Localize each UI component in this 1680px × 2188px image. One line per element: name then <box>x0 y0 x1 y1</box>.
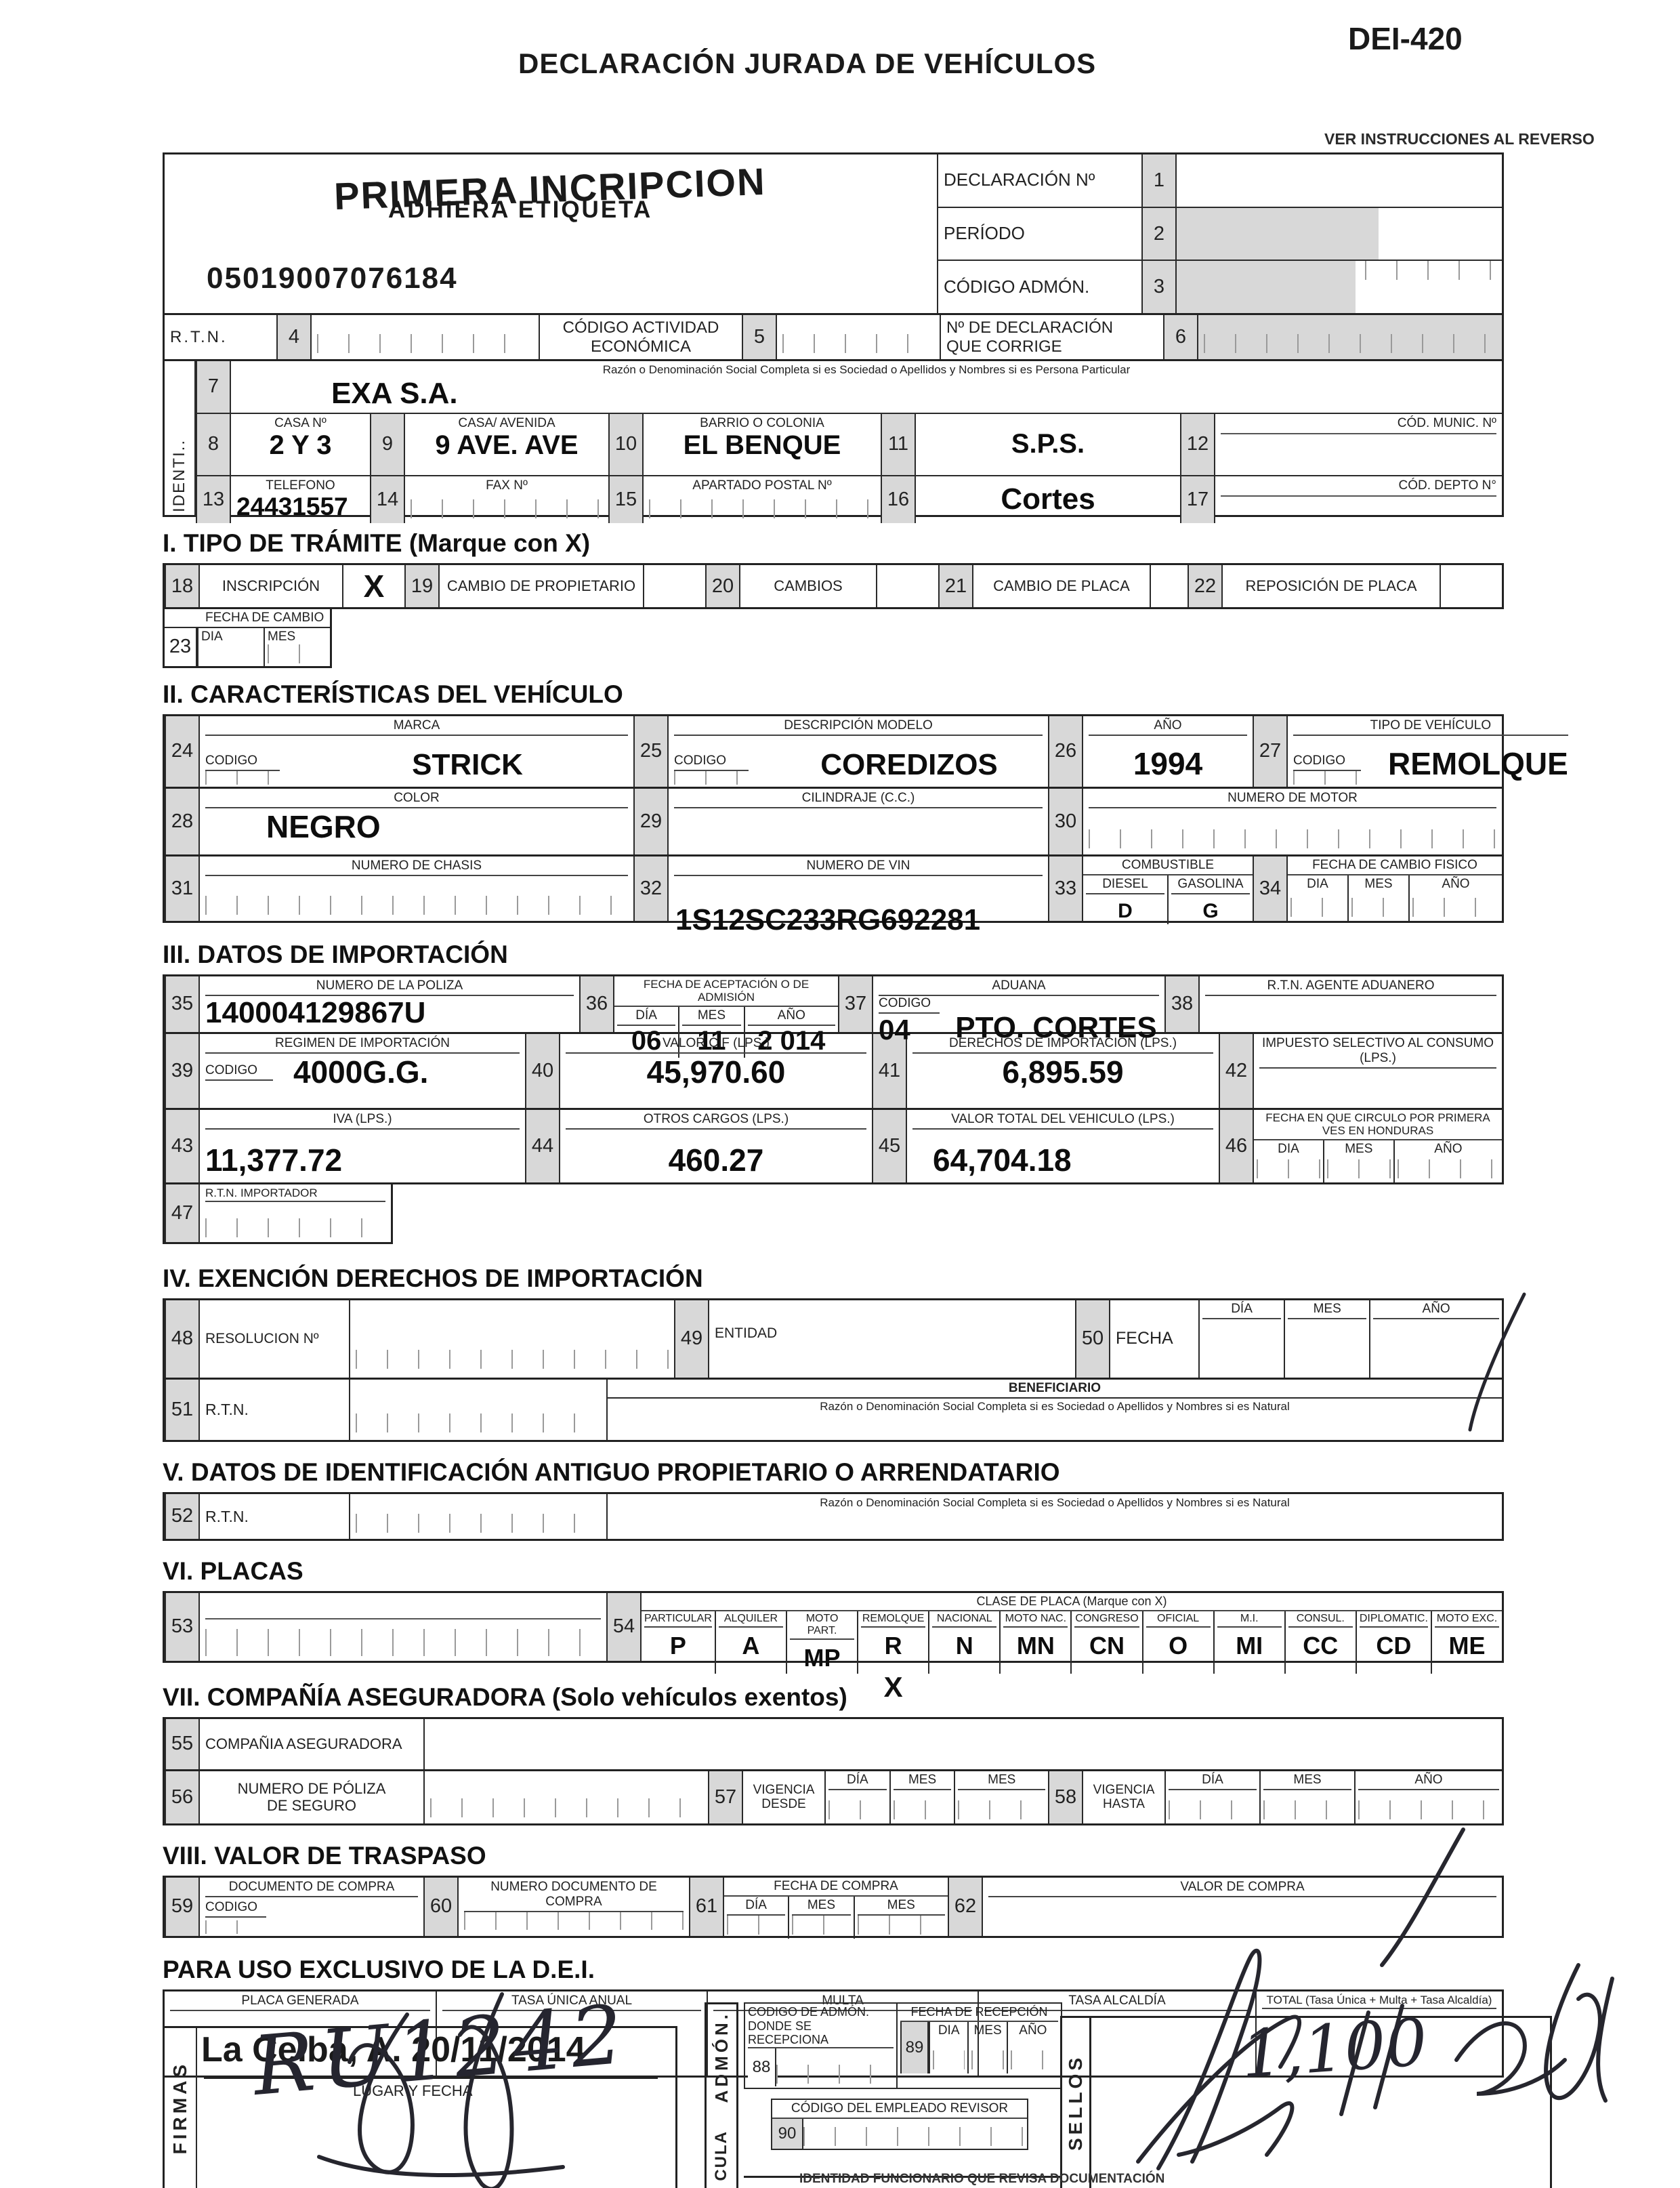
vh-dia-label: DÍA <box>1169 1773 1257 1790</box>
actividad-label-2: ECONÓMICA <box>545 337 736 356</box>
placa-class-diplomatic[interactable]: DIPLOMATIC.CD <box>1356 1611 1431 1674</box>
poliza-field[interactable]: NUMERO DE LA POLIZA 140004129867U <box>200 976 579 1032</box>
placa-class-particular[interactable]: PARTICULARP <box>642 1611 715 1674</box>
declaracion-no-field[interactable] <box>1177 154 1502 207</box>
placa-class-moto-exc[interactable]: MOTO EXC.ME <box>1431 1611 1502 1674</box>
ident-block: IDENTI.. 7 Razón o Denominación Social C… <box>163 361 1504 517</box>
marca-label: MARCA <box>205 718 628 736</box>
field-num-43: 43 <box>165 1110 200 1182</box>
vigencia-desde-label-1: VIGENCIA <box>749 1783 819 1798</box>
field-num-52: 52 <box>165 1494 200 1539</box>
entidad-field[interactable]: ENTIDAD <box>709 1300 1075 1378</box>
beneficiario-sub-label: Razón o Denominación Social Completa si … <box>608 1399 1502 1415</box>
agente-aduanero-label: R.T.N. AGENTE ADUANERO <box>1205 978 1496 996</box>
declaracion-table: DECLARACIÓN Nº 1 PERÍODO 2 CÓDIGO ADMÓN.… <box>937 154 1502 313</box>
rec-anio-label: AÑO <box>1011 2023 1055 2038</box>
field-num-4: 4 <box>276 315 312 359</box>
field-num-3: 3 <box>1141 261 1177 313</box>
section-title-antiguo: V. DATOS DE IDENTIFICACIÓN ANTIGUO PROPI… <box>163 1458 1504 1487</box>
field-num-1: 1 <box>1141 154 1177 207</box>
tipo-vehiculo-value: REMOLQUE <box>1388 745 1568 782</box>
documento-compra-field[interactable]: DOCUMENTO DE COMPRA CODIGO <box>200 1878 423 1936</box>
codigo-admon-field[interactable] <box>1177 261 1502 313</box>
tramite-cambios-box[interactable] <box>876 565 938 607</box>
tramite-reposicion-box[interactable] <box>1440 565 1502 607</box>
placa-class-mi[interactable]: M.I.MI <box>1213 1611 1284 1674</box>
acep-anio-label: AÑO <box>748 1008 835 1026</box>
field-num-51: 51 <box>165 1380 200 1440</box>
field-num-39: 39 <box>165 1034 200 1108</box>
chasis-label: NUMERO DE CHASIS <box>205 859 628 876</box>
gasolina-label: GASOLINA <box>1171 877 1250 894</box>
rtn-importador-block: 47 R.T.N. IMPORTADOR <box>163 1184 393 1244</box>
color-value: NEGRO <box>266 808 628 845</box>
placas-row: 53 54 CLASE DE PLACA (Marque con X) PART… <box>163 1591 1504 1663</box>
diesel-label: DIESEL <box>1086 877 1164 894</box>
avenida-field[interactable]: CASA/ AVENIDA 9 AVE. AVE <box>405 414 608 475</box>
vd-mes2-label: MES <box>958 1773 1045 1790</box>
importacion-row-2: 39 REGIMEN DE IMPORTACIÓN CODIGO 4000G.G… <box>163 1034 1504 1110</box>
beneficiario-rtn-field[interactable] <box>349 1380 606 1440</box>
casa-label: CASA Nº <box>236 416 364 431</box>
vehiculo-row-3: 31 NUMERO DE CHASIS 32 NUMERO DE VIN 1S1… <box>163 856 1504 923</box>
total-handwriting: 1,100 <box>1239 2004 1430 2092</box>
field-num-34: 34 <box>1253 856 1288 921</box>
razon-social-value: EXA S.A. <box>331 377 1496 411</box>
cod-munic-field[interactable]: CÓD. MUNIC. Nº <box>1215 414 1502 475</box>
aseguradora-row-2: 56 NUMERO DE PÓLIZA DE SEGURO 57 VIGENCI… <box>163 1771 1504 1825</box>
beneficiario-field[interactable]: BENEFICIARIO Razón o Denominación Social… <box>606 1380 1502 1440</box>
placa-class-consul[interactable]: CONSUL.CC <box>1284 1611 1356 1674</box>
otros-cargos-field[interactable]: OTROS CARGOS (LPS.) 460.27 <box>560 1110 872 1182</box>
fecha-cambio-block: FECHA DE CAMBIO 23 DIA MES <box>163 609 332 668</box>
section-title-aseguradora: VII. COMPAÑÍA ASEGURADORA (Solo vehículo… <box>163 1683 1504 1712</box>
marca-value: STRICK <box>412 748 523 782</box>
beneficiario-rtn-label: R.T.N. <box>205 1401 343 1418</box>
vigencia-desde-field[interactable]: DÍA MES MES <box>824 1771 1048 1823</box>
remolque-x-mark: X <box>884 1671 903 1704</box>
codigo-admon-label: CÓDIGO ADMÓN. <box>944 277 1136 297</box>
compania-aseguradora-label: COMPAÑIA ASEGURADORA <box>205 1735 418 1752</box>
fecha-recepcion-label: FECHA DE RECEPCIÓN <box>900 2005 1058 2022</box>
vd-mes-label: MES <box>894 1773 952 1790</box>
agente-aduanero-field[interactable]: R.T.N. AGENTE ADUANERO <box>1200 976 1502 1032</box>
pen-stroke-check <box>1456 1287 1538 1437</box>
ciudad-field[interactable]: S.P.S. <box>916 414 1180 475</box>
field-num-47: 47 <box>165 1184 200 1242</box>
tramite-cambio-placa-label: CAMBIO DE PLACA <box>979 577 1144 594</box>
resolucion-label: RESOLUCION Nº <box>205 1331 343 1347</box>
fecha-cambio-fisico-field[interactable]: FECHA DE CAMBIO FISICO DIA MES AÑO <box>1288 856 1502 921</box>
antiguo-rtn-label: R.T.N. <box>205 1508 343 1525</box>
casa-value: 2 Y 3 <box>236 430 364 461</box>
barrio-field[interactable]: BARRIO O COLONIA EL BENQUE <box>644 414 881 475</box>
vigencia-desde-label-2: DESDE <box>749 1797 819 1812</box>
tramite-cambio-placa-box[interactable] <box>1150 565 1188 607</box>
fc-mes-label: MES <box>792 1898 850 1916</box>
vin-label: NUMERO DE VIN <box>674 859 1043 876</box>
ident-side-label: IDENTI.. <box>170 439 189 512</box>
field-num-56: 56 <box>165 1771 200 1823</box>
depto-value: Cortes <box>921 482 1175 516</box>
otros-cargos-value: 460.27 <box>566 1142 866 1178</box>
section-title-vehiculo: II. CARACTERÍSTICAS DEL VEHÍCULO <box>163 680 1504 709</box>
anio-label: AÑO <box>1089 718 1247 736</box>
poliza-seguro-label-2: DE SEGURO <box>205 1797 418 1814</box>
label-stamp-zone: PRIMERA INCRIPCION ADHIERA ETIQUETA 0501… <box>165 154 937 313</box>
field-num-11: 11 <box>881 414 916 475</box>
telefono-field[interactable]: TELEFONO 24431557 <box>231 476 370 524</box>
marca-codigo-label: CODIGO <box>205 754 280 771</box>
vh-anio-label: AÑO <box>1358 1773 1499 1790</box>
regimen-field[interactable]: REGIMEN DE IMPORTACIÓN CODIGO 4000G.G. <box>200 1034 525 1108</box>
combustible-field[interactable]: COMBUSTIBLE DIESEL D GASOLINA G <box>1083 856 1253 921</box>
corrige-label-2: QUE CORRIGE <box>946 337 1158 356</box>
periodo-field[interactable] <box>1177 208 1502 260</box>
ciudad-value: S.P.S. <box>921 429 1175 459</box>
tipo-vehiculo-label: TIPO DE VEHÍCULO <box>1293 718 1568 736</box>
actividad-label-1: CÓDIGO ACTIVIDAD <box>545 318 736 337</box>
poliza-seguro-field[interactable] <box>423 1771 708 1823</box>
placa-class-moto-nac[interactable]: MOTO NAC.MN <box>999 1611 1070 1674</box>
field-num-15: 15 <box>608 476 644 524</box>
apartado-field[interactable]: APARTADO POSTAL Nº <box>644 476 881 524</box>
tramite-cambio-prop-label: CAMBIO DE PROPIETARIO <box>445 577 637 594</box>
tipo-vehiculo-field[interactable]: TIPO DE VEHÍCULO CODIGO REMOLQUE <box>1288 716 1574 787</box>
vehiculo-row-1: 24 MARCA CODIGO STRICK 25 DESCRIPCIÓN MO… <box>163 714 1504 789</box>
field-num-60: 60 <box>423 1878 459 1936</box>
recepciona-label-2: DONDE SE RECEPCIONA <box>748 2019 894 2048</box>
color-label: COLOR <box>205 791 628 808</box>
importacion-row-3: 43 IVA (LPS.) 11,377.72 44 OTROS CARGOS … <box>163 1110 1504 1184</box>
cod-munic-label: CÓD. MUNIC. Nº <box>1221 416 1496 435</box>
valor-cif-value: 45,970.60 <box>566 1054 866 1090</box>
anio-value: 1994 <box>1089 745 1247 782</box>
declaracion-no-label: DECLARACIÓN Nº <box>944 170 1136 190</box>
vehiculo-row-2: 28 COLOR NEGRO 29 CILINDRAJE (C.C.) 30 N… <box>163 789 1504 856</box>
rtn-row: R.T.N. 4 CÓDIGO ACTIVIDAD ECONÓMICA 5 Nº… <box>163 315 1504 361</box>
field-num-8: 8 <box>196 414 231 475</box>
valor-total-value: 64,704.18 <box>933 1142 1213 1178</box>
vigencia-hasta-label-2: HASTA <box>1089 1797 1159 1812</box>
aseguradora-row-1: 55 COMPAÑIA ASEGURADORA <box>163 1717 1504 1771</box>
circ-dia-label: DIA <box>1257 1142 1320 1157</box>
recepciona-field[interactable] <box>776 2048 894 2086</box>
field-num-35: 35 <box>165 976 200 1032</box>
vin-field[interactable]: NUMERO DE VIN 1S12SC233RG692281 <box>669 856 1048 921</box>
circ-mes-label: MES <box>1327 1142 1391 1157</box>
placa-class-oficial[interactable]: OFICIALO <box>1142 1611 1213 1674</box>
tramite-cambios-label: CAMBIOS <box>746 577 870 594</box>
periodo-label: PERÍODO <box>944 224 1136 244</box>
inscripcion-x-mark: X <box>364 568 385 604</box>
valor-total-field[interactable]: VALOR TOTAL DEL VEHICULO (LPS.) 64,704.1… <box>907 1110 1219 1182</box>
adhiera-etiqueta-label: ADHIERA ETIQUETA <box>388 197 652 224</box>
antiguo-razon-field[interactable]: Razón o Denominación Social Completa si … <box>606 1494 1502 1539</box>
valor-cif-field[interactable]: VALOR CIF (LPS.) 45,970.60 <box>560 1034 872 1108</box>
empleado-revisor-label: CÓDIGO DEL EMPLEADO REVISOR <box>772 2100 1027 2119</box>
isc-label: IMPUESTO SELECTIVO AL CONSUMO (LPS.) <box>1259 1036 1496 1069</box>
field-num-23: 23 <box>165 628 197 666</box>
field-num-61: 61 <box>689 1878 724 1936</box>
numero-motor-field[interactable]: NUMERO DE MOTOR <box>1083 789 1502 854</box>
field-num-38: 38 <box>1164 976 1200 1032</box>
field-num-21: 21 <box>938 565 973 607</box>
modelo-field[interactable]: DESCRIPCIÓN MODELO CODIGO COREDIZOS <box>669 716 1048 787</box>
numero-documento-field[interactable]: NUMERO DOCUMENTO DE COMPRA <box>459 1878 689 1936</box>
field-num-48: 48 <box>165 1300 200 1378</box>
aduana-field[interactable]: ADUANA CODIGO 04 PTO. CORTES <box>873 976 1164 1032</box>
depto-field[interactable]: Cortes <box>916 476 1180 524</box>
fecha-cambio-mes-field[interactable]: MES <box>264 628 330 666</box>
form-body: PRIMERA INCRIPCION ADHIERA ETIQUETA 0501… <box>163 152 1504 2078</box>
admon-fields: CODIGO DE ADMÓN. DONDE SE RECEPCIONA 88 … <box>744 2002 1062 2178</box>
telefono-value: 24431557 <box>236 493 364 521</box>
combustible-label: COMBUSTIBLE <box>1083 856 1253 875</box>
regimen-codigo-label: CODIGO <box>205 1063 273 1081</box>
marca-field[interactable]: MARCA CODIGO STRICK <box>200 716 633 787</box>
placa-numero-field[interactable] <box>200 1593 606 1661</box>
field-num-19: 19 <box>404 565 440 607</box>
gasolina-code: G <box>1171 900 1250 923</box>
field-num-24: 24 <box>165 716 200 787</box>
exencion-row-1: 48 RESOLUCION Nº 49 ENTIDAD 50 FECHA DÍA… <box>163 1298 1504 1380</box>
documento-codigo-label: CODIGO <box>205 1900 266 1918</box>
entidad-label: ENTIDAD <box>715 1325 1070 1342</box>
anio-field[interactable]: AÑO 1994 <box>1083 716 1253 787</box>
razon-social-field[interactable]: Razón o Denominación Social Completa si … <box>231 361 1502 413</box>
scanned-form-page: { "doc": { "title": "DECLARACIÓN JURADA … <box>0 0 1680 2188</box>
field-num-31: 31 <box>165 856 200 921</box>
field-num-30: 30 <box>1048 789 1083 854</box>
avenida-label: CASA/ AVENIDA <box>411 416 603 431</box>
aduana-codigo-label: CODIGO <box>879 996 940 1014</box>
corrige-label-1: Nº DE DECLARACIÓN <box>946 318 1158 337</box>
poliza-label: NUMERO DE LA POLIZA <box>205 978 574 996</box>
fecha-aceptacion-label: FECHA DE ACEPTACIÓN O DE ADMISIÓN <box>614 976 838 1007</box>
antiguo-sub-label: Razón o Denominación Social Completa si … <box>613 1496 1496 1510</box>
field-num-13: 13 <box>196 476 231 524</box>
field-num-45: 45 <box>872 1110 907 1182</box>
resolucion-field[interactable] <box>349 1300 674 1378</box>
field-num-32: 32 <box>633 856 669 921</box>
field-num-54: 54 <box>606 1593 642 1661</box>
field-num-49: 49 <box>674 1300 709 1378</box>
rtn-field[interactable] <box>312 315 539 359</box>
fc-mes2-label: MES <box>858 1898 945 1916</box>
vd-dia-label: DÍA <box>828 1773 887 1790</box>
fax-field[interactable]: FAX Nº <box>405 476 608 524</box>
admon-strip: ADMÓN. CULA <box>705 2002 738 2188</box>
fecha-cambio-dia-field[interactable]: DIA <box>197 628 264 666</box>
field-num-89: 89 <box>900 2022 929 2073</box>
matricula-partial-label: CULA <box>712 2130 731 2181</box>
tramite-reposicion-label: REPOSICIÓN DE PLACA <box>1228 577 1434 594</box>
beneficiario-label: BENEFICIARIO <box>608 1380 1502 1399</box>
placa-class-moto-part[interactable]: MOTO PART.MP <box>786 1611 857 1674</box>
field-num-18: 18 <box>165 565 200 607</box>
top-block: PRIMERA INCRIPCION ADHIERA ETIQUETA 0501… <box>163 152 1504 315</box>
field-num-6: 6 <box>1163 315 1198 359</box>
iva-value: 11,377.72 <box>205 1142 520 1178</box>
casa-field[interactable]: CASA Nº 2 Y 3 <box>231 414 370 475</box>
clase-placa-label: CLASE DE PLACA (Marque con X) <box>642 1593 1502 1611</box>
field-num-50: 50 <box>1075 1300 1110 1378</box>
field-num-58: 58 <box>1048 1771 1083 1823</box>
barrio-value: EL BENQUE <box>649 430 875 461</box>
iva-label: IVA (LPS.) <box>205 1112 520 1130</box>
importacion-row-1: 35 NUMERO DE LA POLIZA 140004129867U 36 … <box>163 974 1504 1034</box>
circ-anio-label: AÑO <box>1398 1142 1499 1157</box>
vin-value: 1S12SC233RG692281 <box>675 903 980 937</box>
numero-documento-label: NUMERO DOCUMENTO DE COMPRA <box>464 1880 684 1912</box>
cod-depto-field[interactable]: CÓD. DEPTO N° <box>1215 476 1502 524</box>
field-num-28: 28 <box>165 789 200 854</box>
exe-mes-label: MES <box>1288 1302 1366 1319</box>
derechos-value: 6,895.59 <box>912 1054 1213 1090</box>
isc-field[interactable]: IMPUESTO SELECTIVO AL CONSUMO (LPS.) <box>1254 1034 1502 1108</box>
aduana-label: ADUANA <box>879 978 1159 996</box>
field-num-16: 16 <box>881 476 916 524</box>
tramite-row: 18 INSCRIPCIÓN X 19 CAMBIO DE PROPIETARI… <box>163 563 1504 609</box>
field-num-46: 46 <box>1219 1110 1254 1182</box>
actividad-field[interactable] <box>777 315 940 359</box>
acep-mes-label: MES <box>682 1008 740 1026</box>
field-num-26: 26 <box>1048 716 1083 787</box>
field-num-17: 17 <box>1180 476 1215 524</box>
numero-motor-label: NUMERO DE MOTOR <box>1089 791 1496 808</box>
exencion-fecha-label: FECHA <box>1116 1329 1193 1348</box>
exe-dia-label: DÍA <box>1202 1302 1281 1319</box>
field-num-53: 53 <box>165 1593 200 1661</box>
fc-dia-label: DÍA <box>727 1898 785 1916</box>
otros-cargos-label: OTROS CARGOS (LPS.) <box>566 1112 866 1130</box>
color-field[interactable]: COLOR NEGRO <box>200 789 633 854</box>
regimen-label: REGIMEN DE IMPORTACIÓN <box>205 1036 520 1054</box>
field-num-90: 90 <box>772 2119 803 2149</box>
section-title-importacion: III. DATOS DE IMPORTACIÓN <box>163 941 1504 969</box>
section-title-placas: VI. PLACAS <box>163 1557 1504 1586</box>
razon-social-label: Razón o Denominación Social Completa si … <box>236 363 1496 377</box>
section-title-tramite: I. TIPO DE TRÁMITE (Marque con X) <box>163 529 1504 558</box>
field-num-55: 55 <box>165 1719 200 1769</box>
corrige-field[interactable] <box>1198 315 1502 359</box>
tipo-codigo-label: CODIGO <box>1293 754 1361 771</box>
section-title-exencion: IV. EXENCIÓN DERECHOS DE IMPORTACIÓN <box>163 1264 1504 1293</box>
recepcion-mes-field[interactable]: MES <box>967 2022 1006 2073</box>
placa-class-remolque[interactable]: REMOLQUER X <box>857 1611 928 1674</box>
form-code: DEI-420 <box>1348 20 1463 57</box>
exencion-row-2: 51 R.T.N. BENEFICIARIO Razón o Denominac… <box>163 1380 1504 1442</box>
field-num-22: 22 <box>1188 565 1223 607</box>
field-num-25: 25 <box>633 716 669 787</box>
firmas-side-label: FIRMAS <box>169 2061 191 2154</box>
ffis-anio-label: AÑO <box>1412 877 1499 892</box>
chasis-field[interactable]: NUMERO DE CHASIS <box>200 856 633 921</box>
footer-partial-label: IDENTIDAD FUNCIONARIO QUE REVISA DOCUMEN… <box>799 2172 1164 2187</box>
vh-mes-label: MES <box>1263 1773 1351 1790</box>
placa-class-nacional[interactable]: NACIONALN <box>928 1611 999 1674</box>
field-num-57: 57 <box>708 1771 743 1823</box>
field-num-12: 12 <box>1180 414 1215 475</box>
avenida-value: 9 AVE. AVE <box>411 430 603 461</box>
fecha-cambio-mes-label: MES <box>268 629 327 644</box>
fecha-cambio-fisico-label: FECHA DE CAMBIO FISICO <box>1288 856 1502 875</box>
field-num-44: 44 <box>525 1110 560 1182</box>
fax-label: FAX Nº <box>411 478 603 493</box>
section-title-traspaso: VIII. VALOR DE TRASPASO <box>163 1842 1504 1870</box>
clase-placa-field: CLASE DE PLACA (Marque con X) PARTICULAR… <box>642 1593 1502 1661</box>
valor-cif-label: VALOR CIF (LPS.) <box>566 1036 866 1054</box>
telefono-label: TELEFONO <box>236 478 364 493</box>
ffis-dia-label: DIA <box>1290 877 1345 892</box>
field-num-29: 29 <box>633 789 669 854</box>
cod-depto-label: CÓD. DEPTO N° <box>1221 478 1496 497</box>
vigencia-hasta-field[interactable]: DÍA MES AÑO <box>1164 1771 1502 1823</box>
field-num-9: 9 <box>370 414 405 475</box>
declaration-barcode-number: 05019007076184 <box>207 262 458 295</box>
tramite-inscripcion-box[interactable]: X <box>342 565 404 607</box>
field-num-20: 20 <box>705 565 740 607</box>
derechos-field[interactable]: DERECHOS DE IMPORTACIÓN (LPS.) 6,895.59 <box>907 1034 1219 1108</box>
regimen-value: 4000G.G. <box>293 1054 428 1090</box>
field-num-37: 37 <box>838 976 873 1032</box>
rtn-importador-field[interactable]: R.T.N. IMPORTADOR <box>200 1184 391 1242</box>
rec-dia-label: DIA <box>933 2023 965 2038</box>
recepcion-dia-field[interactable]: DIA <box>929 2022 967 2073</box>
page-title: DECLARACIÓN JURADA DE VEHÍCULOS <box>518 47 1096 80</box>
compania-aseguradora-field[interactable] <box>423 1719 1502 1769</box>
antiguo-rtn-field[interactable] <box>349 1494 606 1539</box>
barrio-label: BARRIO O COLONIA <box>649 416 875 431</box>
valor-total-label: VALOR TOTAL DEL VEHICULO (LPS.) <box>912 1112 1213 1130</box>
field-num-14: 14 <box>370 476 405 524</box>
tramite-cambio-prop-box[interactable] <box>643 565 705 607</box>
field-num-7: 7 <box>196 361 231 413</box>
cilindraje-label: CILINDRAJE (C.C.) <box>674 791 1043 808</box>
field-num-5: 5 <box>742 315 777 359</box>
fecha-compra-field[interactable]: FECHA DE COMPRA DÍA MES MES <box>724 1878 948 1936</box>
ffis-mes-label: MES <box>1351 877 1406 892</box>
cilindraje-field[interactable]: CILINDRAJE (C.C.) <box>669 789 1048 854</box>
diesel-code: D <box>1086 900 1164 923</box>
recepcion-anio-field[interactable]: AÑO <box>1007 2022 1058 2073</box>
field-num-27: 27 <box>1253 716 1288 787</box>
empleado-revisor-field[interactable] <box>803 2119 1027 2149</box>
field-num-40: 40 <box>525 1034 560 1108</box>
iva-field[interactable]: IVA (LPS.) 11,377.72 <box>200 1110 525 1182</box>
placa-class-alquiler[interactable]: ALQUILERA <box>715 1611 786 1674</box>
fecha-aceptacion-field[interactable]: FECHA DE ACEPTACIÓN O DE ADMISIÓN DÍA 06… <box>614 976 838 1032</box>
field-num-62: 62 <box>948 1878 983 1936</box>
instructions-note: VER INSTRUCCIONES AL REVERSO <box>1324 130 1595 148</box>
modelo-label: DESCRIPCIÓN MODELO <box>674 718 1043 736</box>
primera-circulacion-field[interactable]: FECHA EN QUE CIRCULO POR PRIMERA VES EN … <box>1254 1110 1502 1182</box>
field-num-10: 10 <box>608 414 644 475</box>
fecha-compra-label: FECHA DE COMPRA <box>724 1878 948 1897</box>
vigencia-hasta-label-1: VIGENCIA <box>1089 1783 1159 1798</box>
rec-mes-label: MES <box>971 2023 1003 2038</box>
modelo-codigo-label: CODIGO <box>674 754 749 771</box>
field-num-42: 42 <box>1219 1034 1254 1108</box>
rtn-label: R.T.N. <box>170 328 271 347</box>
fecha-cambio-label: FECHA DE CAMBIO <box>165 609 330 628</box>
antiguo-row: 52 R.T.N. Razón o Denominación Social Co… <box>163 1492 1504 1541</box>
field-num-33: 33 <box>1048 856 1083 921</box>
placa-class-congreso[interactable]: CONGRESOCN <box>1070 1611 1141 1674</box>
apartado-label: APARTADO POSTAL Nº <box>649 478 875 493</box>
field-num-59: 59 <box>165 1878 200 1936</box>
